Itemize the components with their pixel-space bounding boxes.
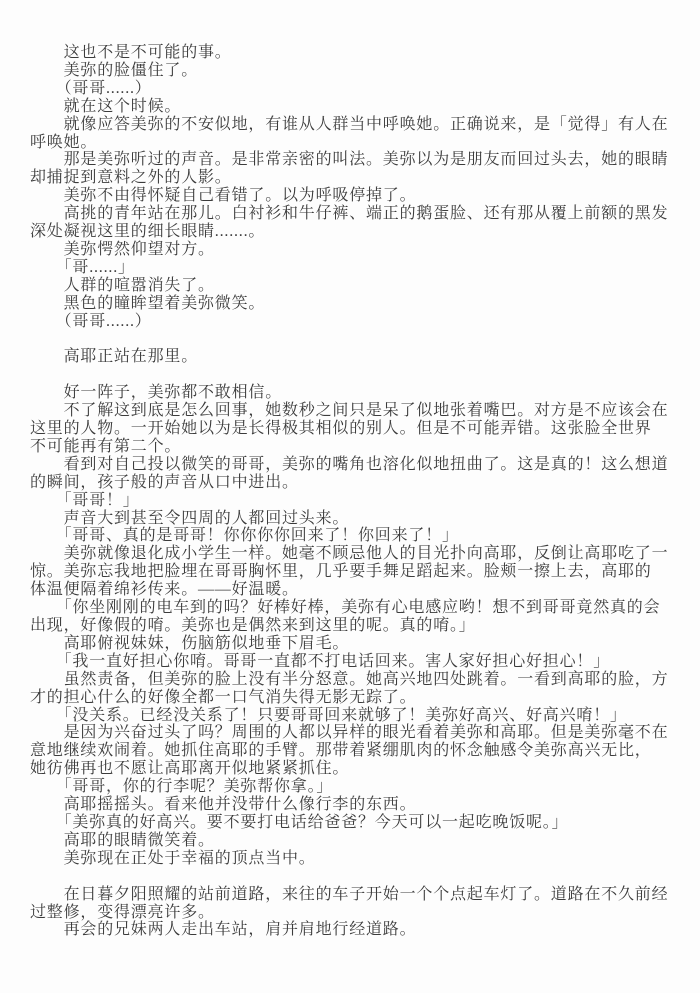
text-line: 惊。美弥忘我地把脸埋在哥哥胸怀里，几乎要手舞足蹈起来。脸颊一擦上去，高耶的 <box>30 563 672 581</box>
text-line: 她彷佛再也不愿让高耶离开似地紧紧抓住。 <box>30 760 672 778</box>
text-line <box>30 868 672 886</box>
text-line: 好一阵子，美弥都不敢相信。 <box>30 384 672 402</box>
text-line: 那是美弥听过的声音。是非常亲密的叫法。美弥以为是朋友而回过头去，她的眼睛 <box>30 151 672 169</box>
text-line: 美弥就像退化成小学生一样。她毫不顾忌他人的目光扑向高耶，反倒让高耶吃了一 <box>30 545 672 563</box>
text-line: 高耶俯视妹妹，伤脑筋似地垂下眉毛。 <box>30 635 672 653</box>
text-line: 就在这个时候。 <box>30 98 672 116</box>
text-line: 「哥哥、真的是哥哥！你你你你回来了！你回来了！」 <box>30 527 672 545</box>
text-line: 「哥哥，你的行李呢？美弥帮你拿。」 <box>30 778 672 796</box>
text-line: 深处凝视这里的细长眼睛.......。 <box>30 223 672 241</box>
text-line: （哥哥......） <box>30 80 672 98</box>
text-line: 高耶正站在那里。 <box>30 348 672 366</box>
text-line <box>30 366 672 384</box>
text-line: 这也不是不可能的事。 <box>30 44 672 62</box>
text-line: （哥哥......） <box>30 313 672 331</box>
text-line: 「美弥真的好高兴。要不要打电话给爸爸？今天可以一起吃晚饭呢。」 <box>30 814 672 832</box>
text-line: 就像应答美弥的不安似地，有谁从人群当中呼唤她。正确说来，是「觉得」有人在 <box>30 116 672 134</box>
text-line <box>30 331 672 349</box>
text-line: 美弥现在正处于幸福的顶点当中。 <box>30 850 672 868</box>
text-line: 「哥......」 <box>30 259 672 277</box>
text-line: 再会的兄妹两人走出车站，肩并肩地行经道路。 <box>30 921 672 939</box>
text-line: 却捕捉到意料之外的人影。 <box>30 169 672 187</box>
text-line: 这里的人物。一开始她以为是长得极其相似的别人。但是不可能弄错。这张脸全世界 <box>30 420 672 438</box>
text-line: 高挑的青年站在那儿。白衬衫和牛仔裤、端正的鹅蛋脸、还有那从覆上前额的黑发 <box>30 205 672 223</box>
text-line: 在日暮夕阳照耀的站前道路，来往的车子开始一个个点起车灯了。道路在不久前经 <box>30 886 672 904</box>
text-line: 呼唤她。 <box>30 134 672 152</box>
text-line: 人群的喧嚣消失了。 <box>30 277 672 295</box>
text-line: 意地继续欢闹着。她抓住高耶的手臂。那带着紧绷肌肉的怀念触感令美弥高兴无比， <box>30 742 672 760</box>
text-line: 过整修，变得漂亮许多。 <box>30 904 672 922</box>
text-line: 高耶的眼睛微笑着。 <box>30 832 672 850</box>
novel-text-block: 这也不是不可能的事。 美弥的脸僵住了。 （哥哥......） 就在这个时候。 就… <box>30 44 672 939</box>
document-page: 这也不是不可能的事。 美弥的脸僵住了。 （哥哥......） 就在这个时候。 就… <box>0 0 700 993</box>
text-line: 虽然责备，但美弥的脸上没有半分怒意。她高兴地四处跳着。一看到高耶的脸，方 <box>30 671 672 689</box>
text-line: 出现，好像假的唷。美弥也是偶然来到这里的呢。真的唷。」 <box>30 617 672 635</box>
text-line: 「你坐刚刚的电车到的吗？好棒好棒，美弥有心电感应哟！想不到哥哥竟然真的会 <box>30 599 672 617</box>
text-line: 才的担心什么的好像全都一口气消失得无影无踪了。 <box>30 689 672 707</box>
text-line: 「我一直好担心你唷。哥哥一直都不打电话回来。害人家好担心好担心！」 <box>30 653 672 671</box>
text-line: 声音大到甚至令四周的人都回过头来。 <box>30 510 672 528</box>
text-line: 美弥的脸僵住了。 <box>30 62 672 80</box>
text-line: 看到对自己投以微笑的哥哥，美弥的嘴角也溶化似地扭曲了。这是真的！这么想道 <box>30 456 672 474</box>
text-line: 是因为兴奋过头了吗？周围的人都以异样的眼光看着美弥和高耶。但是美弥毫不在 <box>30 724 672 742</box>
text-line: 体温便隔着绵衫传来。——好温暖。 <box>30 581 672 599</box>
text-line: 高耶摇摇头。看来他并没带什么像行李的东西。 <box>30 796 672 814</box>
text-line: 不可能再有第二个。 <box>30 438 672 456</box>
text-line: 美弥愕然仰望对方。 <box>30 241 672 259</box>
text-line: 不了解这到底是怎么回事，她数秒之间只是呆了似地张着嘴巴。对方是不应该会在 <box>30 402 672 420</box>
text-line: 「哥哥！」 <box>30 492 672 510</box>
text-line: 「没关系。已经没关系了！只要哥哥回来就够了！美弥好高兴、好高兴唷！」 <box>30 707 672 725</box>
text-line: 的瞬间，孩子般的声音从口中进出。 <box>30 474 672 492</box>
text-line: 美弥不由得怀疑自己看错了。以为呼吸停掉了。 <box>30 187 672 205</box>
text-line: 黑色的瞳眸望着美弥微笑。 <box>30 295 672 313</box>
